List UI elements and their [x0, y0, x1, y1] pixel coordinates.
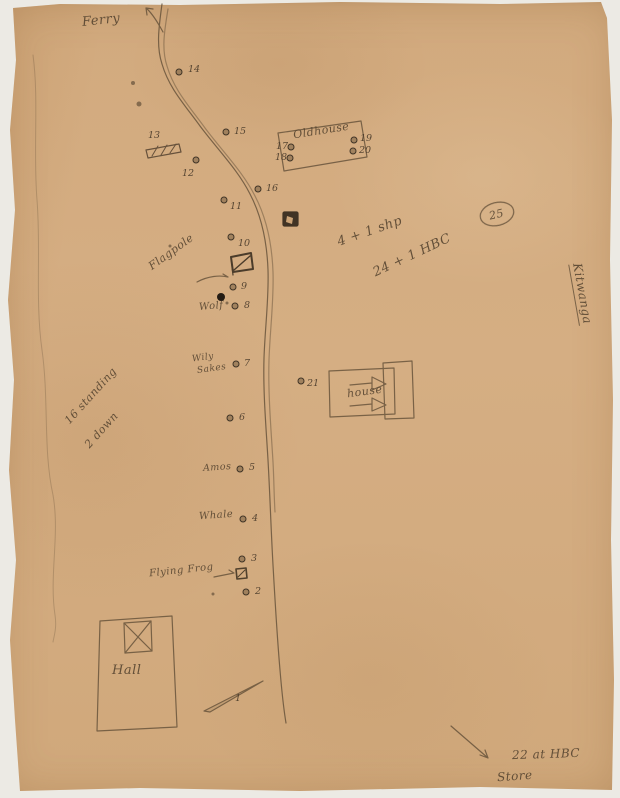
- house-number: 2: [255, 586, 261, 597]
- house-annex: [383, 361, 414, 419]
- house-dot: [233, 361, 240, 368]
- house-dot: [193, 157, 200, 164]
- ink-square: [283, 212, 298, 226]
- house-number: 20: [359, 145, 371, 156]
- house-dot: [288, 144, 295, 151]
- house-number: 9: [241, 281, 247, 292]
- store-note-line1: 22 at HBC: [512, 746, 581, 762]
- pencil-mark: [137, 102, 142, 107]
- flagpole-pointer: [197, 274, 228, 282]
- house-dot: [255, 186, 262, 193]
- house-number: 4: [252, 513, 258, 524]
- hall-label: Hall: [112, 663, 141, 678]
- scanned-map-page: Ferry Oldhouse Flagpole Wolf Wily Sakes …: [0, 0, 620, 798]
- pencil-mark: [212, 593, 215, 596]
- house-number: 21: [307, 378, 319, 389]
- house-dot: [298, 378, 305, 385]
- pencil-mark: [226, 302, 229, 305]
- house-number: 12: [182, 168, 194, 179]
- house-number: 11: [230, 201, 242, 212]
- hall-x-box: [124, 621, 152, 653]
- house-number: 8: [244, 300, 250, 311]
- house-dot: [237, 466, 244, 473]
- flag-marker: [231, 253, 253, 275]
- house-dot: [232, 303, 239, 310]
- store-arrow: [451, 726, 488, 758]
- house-dot: [240, 516, 247, 523]
- amos-label: Amos: [203, 461, 232, 474]
- house-number: 3: [251, 553, 257, 564]
- house-number: 10: [238, 238, 250, 249]
- house-dot: [230, 284, 237, 291]
- house-number: 5: [249, 462, 255, 473]
- store-note-line2: Store: [497, 768, 533, 784]
- house-dot: [223, 129, 230, 136]
- house-dot: [243, 589, 250, 596]
- house-number: 16: [266, 183, 278, 194]
- house-number: 13: [148, 130, 160, 141]
- house-number: 18: [275, 152, 287, 163]
- pencil-mark: [169, 245, 172, 248]
- house-dot: [287, 155, 294, 162]
- sliver-line: [204, 681, 263, 712]
- pencil-mark: [131, 81, 135, 85]
- flying-frog-marker: [214, 568, 247, 579]
- river-line: [33, 55, 56, 642]
- house-number: 14: [188, 64, 200, 75]
- pencil-mark: [217, 293, 225, 301]
- house-dot: [227, 415, 234, 422]
- house-number: 7: [244, 358, 250, 369]
- house-dot: [350, 148, 357, 155]
- house-number: 1: [235, 693, 241, 704]
- cache-rect-13: [146, 144, 181, 158]
- pennant-2: [350, 398, 386, 411]
- wolf-label: Wolf: [199, 300, 224, 313]
- house-number: 15: [234, 126, 246, 137]
- house-dot: [221, 197, 228, 204]
- house-dot: [176, 69, 183, 76]
- house-number: 6: [239, 412, 245, 423]
- house-number: 19: [360, 133, 372, 144]
- house-number: 17: [276, 141, 288, 152]
- house-dot: [239, 556, 246, 563]
- trail-path-2: [164, 9, 275, 512]
- house-dot: [351, 137, 358, 144]
- house-dot: [228, 234, 235, 241]
